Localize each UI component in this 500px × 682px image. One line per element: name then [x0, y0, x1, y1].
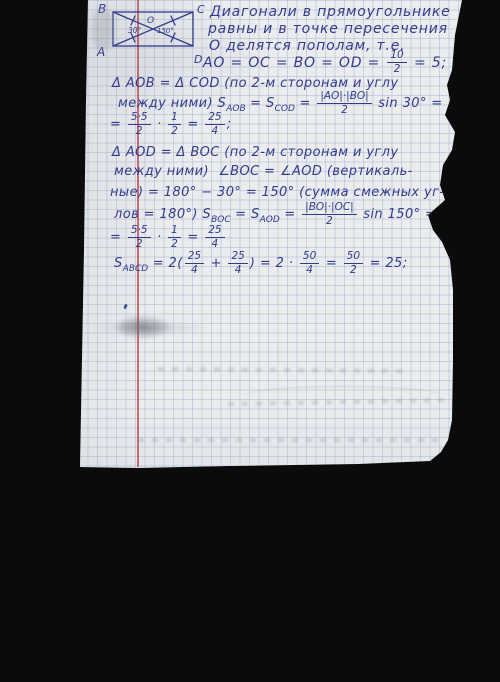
handwriting-line: между ними) ∠BOC = ∠AOD (вертикаль- [114, 164, 413, 179]
vertex-label-d: D [194, 53, 202, 66]
center-label-o: O [147, 16, 154, 26]
angle-label-right: 150° [157, 27, 174, 35]
scan-area: B C A D O 30° 150° Диагонали в прямоугол… [0, 0, 500, 682]
handwriting-line: равны и в точке пересечения [208, 21, 448, 37]
gray-smear [92, 8, 114, 50]
handwriting-line: Δ AOD = Δ BOC (по 2-м сторонам и углу [112, 145, 398, 160]
handwriting-line: = 5·52 · 12 = 254; [110, 112, 231, 138]
handwriting-line: ные) = 180° − 30° = 150° (сумма смежных … [110, 185, 444, 200]
handwriting-line: = 5·52 · 12 = 254 [110, 225, 227, 251]
handwriting-line: Δ AOB = Δ COD (по 2-м сторонам и углу [112, 76, 398, 91]
scanner-background: { "theme":{ "ink_color":"#343b8d", "pape… [0, 0, 500, 682]
bleed-through-curve [243, 386, 443, 396]
bleed-through-marks [228, 398, 453, 406]
handwriting-line: лов = 180°) SBOC = SAOD = |BO|·|OC|2 sin… [114, 202, 436, 228]
ink-speck [123, 304, 128, 310]
bleed-through-marks [158, 367, 408, 373]
notebook-paper: B C A D O 30° 150° Диагонали в прямоугол… [78, 0, 464, 470]
handwriting-line: SABCD = 2(254 + 254) = 2 · 504 = 502 = 2… [114, 251, 408, 277]
angle-label-left: 30° [128, 26, 142, 35]
pencil-smudge [118, 316, 170, 338]
vertex-label-c: C [197, 3, 205, 16]
bleed-through-marks [138, 438, 443, 442]
handwriting-line: AO = OC = BO = OD = 102 = 5; [203, 50, 447, 76]
handwriting-line: Диагонали в прямоугольнике [210, 4, 451, 20]
